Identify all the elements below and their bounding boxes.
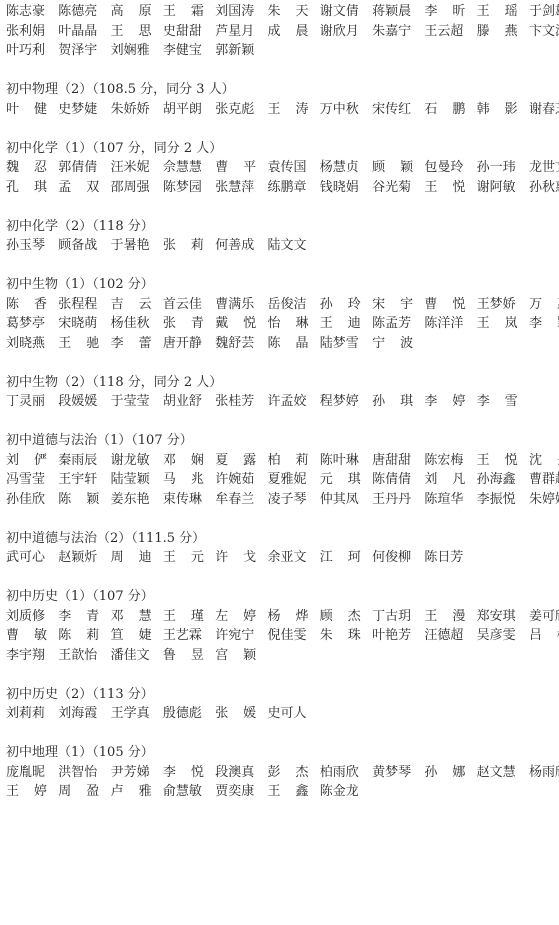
student-name: 杨雨欣 — [529, 763, 559, 783]
student-name: 洪智怡 — [58, 763, 110, 783]
name-char: 顾 — [320, 607, 333, 627]
student-name: 刘晓燕 — [6, 334, 58, 354]
name-char: 娴 — [191, 451, 204, 471]
student-name: 孙玲 — [320, 295, 361, 315]
name-char: 马 — [163, 470, 176, 490]
name-char: 王 — [111, 22, 124, 42]
name-char: 悦 — [452, 178, 465, 198]
name-char: 王 — [163, 548, 176, 568]
student-name: 李蕾 — [111, 334, 152, 354]
student-name: 王宇轩 — [58, 470, 110, 490]
student-name: 王思 — [111, 22, 152, 42]
student-name: 沈丹 — [529, 451, 559, 471]
name-char: 晨 — [295, 22, 308, 42]
section-heading: 初中化学（1）（107 分，同分 2 人） — [6, 139, 553, 159]
student-name: 孙佳欣 — [6, 490, 58, 510]
name-char: 天 — [295, 2, 308, 22]
student-name: 王丹丹 — [372, 490, 424, 510]
name-char: 鲁 — [163, 646, 176, 666]
name-char: 涛 — [295, 100, 308, 120]
name-char: 露 — [243, 451, 256, 471]
student-name: 王梦娇 — [477, 295, 529, 315]
student-name: 许孟姣 — [267, 392, 319, 412]
student-name: 夏露 — [215, 451, 256, 471]
award-section: 陈志豪陈德亮高原王霜刘国涛朱天谢文倩蒋颖晨李昕王瑶于剑雄张利娟叶晶晶王思史甜甜芦… — [6, 2, 553, 61]
student-name: 刘莉莉 — [6, 704, 58, 724]
name-char: 元 — [320, 470, 333, 490]
student-name: 于莹莹 — [111, 392, 163, 412]
student-name: 滕燕 — [477, 22, 518, 42]
name-list: 刘质修李青邓慧王瑾左婷杨烨顾杰丁古玥王漫郑安琪姜可欣曹敏陈莉笪婕王艺霖许宛宁倪佳… — [6, 607, 553, 666]
student-name: 鲁昱 — [163, 646, 204, 666]
student-name: 谢春芝 — [529, 100, 559, 120]
student-name: 秦雨辰 — [58, 451, 110, 471]
student-name: 曹平 — [215, 158, 256, 178]
student-name: 李悦 — [163, 763, 204, 783]
student-name: 王漫 — [424, 607, 465, 627]
student-name: 唐开静 — [163, 334, 215, 354]
name-char: 娜 — [452, 763, 465, 783]
name-char: 许 — [215, 548, 228, 568]
student-name: 余亚文 — [267, 548, 319, 568]
student-name: 江珂 — [320, 548, 361, 568]
student-name: 陈宏梅 — [424, 451, 476, 471]
name-char: 霜 — [191, 2, 204, 22]
name-char: 颖 — [400, 158, 413, 178]
student-name: 朱珠 — [320, 626, 361, 646]
name-list: 刘莉莉刘海霞王学真殷德彪张媛史可人 — [6, 704, 553, 724]
student-name: 王驰 — [58, 334, 99, 354]
name-char: 敏 — [34, 626, 47, 646]
student-name: 李宇翔 — [6, 646, 58, 666]
name-char: 王 — [58, 334, 71, 354]
student-name: 李振悦 — [477, 490, 529, 510]
student-name: 程梦婷 — [320, 392, 372, 412]
student-name: 赵颖炘 — [58, 548, 110, 568]
name-char: 慧 — [139, 607, 152, 627]
student-name: 牟春兰 — [215, 490, 267, 510]
student-name: 丁古玥 — [372, 607, 424, 627]
section-heading: 初中历史（1）（107 分） — [6, 587, 553, 607]
name-char: 王 — [424, 607, 437, 627]
award-section: 初中地理（1）（105 分）庞胤昵洪智怡尹芳娣李悦段澳真彭杰柏雨欣黄梦琴孙娜赵文… — [6, 743, 553, 802]
name-char: 杨 — [267, 607, 280, 627]
student-name: 李青 — [58, 607, 99, 627]
name-char: 戴 — [215, 314, 228, 334]
student-name: 刘娴雅 — [111, 41, 163, 61]
name-char: 陈 — [58, 626, 71, 646]
student-name: 孙玉琴 — [6, 236, 58, 256]
student-name: 首云佳 — [163, 295, 215, 315]
student-name: 武可心 — [6, 548, 58, 568]
student-name: 高原 — [111, 2, 152, 22]
student-name: 王婷 — [6, 782, 47, 802]
student-name: 何俊柳 — [372, 548, 424, 568]
student-name: 陈金龙 — [320, 782, 372, 802]
name-char: 昱 — [191, 646, 204, 666]
student-name: 朱娇娇 — [111, 100, 163, 120]
student-name: 赵文慧 — [477, 763, 529, 783]
student-name: 曹满乐 — [215, 295, 267, 315]
name-list: 魏忍郭倩倩汪米妮佘慧慧曹平袁传国杨慧贞顾颖包曼玲孙一玮龙世文孔琪孟双邵周强陈梦园… — [6, 158, 553, 197]
student-name: 许婉茹 — [215, 470, 267, 490]
name-char: 朱 — [320, 626, 333, 646]
student-name: 王元 — [163, 548, 204, 568]
student-name: 张媛 — [215, 704, 256, 724]
student-name: 王歆怡 — [58, 646, 110, 666]
section-heading: 初中地理（1）（105 分） — [6, 743, 553, 763]
student-name: 叶健 — [6, 100, 47, 120]
name-char: 凡 — [452, 470, 465, 490]
student-name: 朱婷婷 — [529, 490, 559, 510]
student-name: 陈瑄华 — [424, 490, 476, 510]
name-char: 王 — [163, 2, 176, 22]
name-char: 婷 — [452, 392, 465, 412]
name-char: 波 — [400, 334, 413, 354]
student-name: 万惠 — [529, 295, 559, 315]
name-char: 双 — [86, 178, 99, 198]
student-name: 陆梦雪 — [320, 334, 372, 354]
award-section: 初中生物（1）（102 分）陈香张程程吉云首云佳曹满乐岳俊洁孙玲宋宇曹悦王梦娇万… — [6, 275, 553, 353]
name-char: 婷 — [243, 607, 256, 627]
student-name: 贾奕康 — [215, 782, 267, 802]
name-char: 影 — [505, 100, 518, 120]
student-name: 王涛 — [267, 100, 308, 120]
student-name: 邓娴 — [163, 451, 204, 471]
student-name: 殷德彪 — [163, 704, 215, 724]
name-char: 宁 — [372, 334, 385, 354]
name-char: 沈 — [529, 451, 542, 471]
student-name: 魏忍 — [6, 158, 47, 178]
student-name: 成晨 — [267, 22, 308, 42]
name-char: 魏 — [6, 158, 19, 178]
student-name: 孙秋惠 — [529, 178, 559, 198]
name-char: 漫 — [452, 607, 465, 627]
award-section: 初中生物（2）（118 分，同分 2 人）丁灵丽段媛媛于莹莹胡业舒张桂芳许孟姣程… — [6, 373, 553, 412]
student-name: 王悦 — [424, 178, 465, 198]
name-char: 悦 — [191, 763, 204, 783]
name-char: 左 — [215, 607, 228, 627]
award-section: 初中道德与法治（2）（111.5 分）武可心赵颖炘周迪王元许戈余亚文江珂何俊柳陈… — [6, 529, 553, 568]
name-char: 怡 — [267, 314, 280, 334]
student-name: 许宛宁 — [215, 626, 267, 646]
student-name: 庞胤昵 — [6, 763, 58, 783]
student-name: 王学真 — [111, 704, 163, 724]
student-name: 郭新颖 — [215, 41, 267, 61]
name-char: 王 — [477, 2, 490, 22]
student-name: 岳俊洁 — [267, 295, 319, 315]
student-name: 谢文倩 — [320, 2, 372, 22]
name-char: 健 — [34, 100, 47, 120]
name-char: 戈 — [243, 548, 256, 568]
student-name: 刘俨 — [6, 451, 47, 471]
name-char: 婕 — [139, 626, 152, 646]
student-name: 史梦婕 — [58, 100, 110, 120]
name-char: 曹 — [6, 626, 19, 646]
student-name: 王霜 — [163, 2, 204, 22]
name-char: 王 — [267, 100, 280, 120]
student-name: 李雪 — [477, 392, 518, 412]
name-char: 燕 — [505, 22, 518, 42]
student-name: 周盈 — [58, 782, 99, 802]
section-heading: 初中化学（2）（118 分） — [6, 217, 553, 237]
student-name: 孙琪 — [372, 392, 413, 412]
name-list: 陈香张程程吉云首云佳曹满乐岳俊洁孙玲宋宇曹悦王梦娇万惠葛梦亭宋晓萌杨佳秋张青戴悦… — [6, 295, 553, 354]
student-name: 宁波 — [372, 334, 413, 354]
student-name: 邓慧 — [111, 607, 152, 627]
name-char: 青 — [86, 607, 99, 627]
student-name: 杨佳秋 — [111, 314, 163, 334]
name-char: 瑶 — [505, 2, 518, 22]
student-name: 杨慧贞 — [320, 158, 372, 178]
name-list: 庞胤昵洪智怡尹芳娣李悦段澳真彭杰柏雨欣黄梦琴孙娜赵文慧杨雨欣王婷周盈卢雅俞慧敏贾… — [6, 763, 553, 802]
student-name: 束传琳 — [163, 490, 215, 510]
name-char: 曹 — [215, 158, 228, 178]
name-char: 岚 — [505, 314, 518, 334]
name-char: 李 — [424, 392, 437, 412]
student-name: 尹芳娣 — [111, 763, 163, 783]
name-char: 孔 — [6, 178, 19, 198]
section-heading: 初中历史（2）（113 分） — [6, 685, 553, 705]
student-name: 佘慧慧 — [163, 158, 215, 178]
student-name: 倪佳雯 — [267, 626, 319, 646]
name-char: 李 — [424, 2, 437, 22]
name-char: 邓 — [163, 451, 176, 471]
name-char: 瑾 — [191, 607, 204, 627]
student-name: 汪德超 — [424, 626, 476, 646]
name-char: 王 — [424, 178, 437, 198]
name-char: 刘 — [6, 451, 19, 471]
student-name: 练鹏章 — [267, 178, 319, 198]
name-list: 丁灵丽段媛媛于莹莹胡业舒张桂芳许孟姣程梦婷孙琪李婷李雪 — [6, 392, 553, 412]
student-name: 仲其凤 — [320, 490, 372, 510]
student-name: 元琪 — [320, 470, 361, 490]
name-char: 王 — [477, 451, 490, 471]
student-name: 顾备战 — [58, 236, 110, 256]
name-char: 王 — [320, 314, 333, 334]
student-name: 朱嘉宁 — [372, 22, 424, 42]
award-section: 初中道德与法治（1）（107 分）刘俨秦雨辰谢龙敏邓娴夏露柏莉陈叶琳唐甜甜陈宏梅… — [6, 431, 553, 509]
student-name: 龙世文 — [529, 158, 559, 178]
student-name: 戴悦 — [215, 314, 256, 334]
student-name: 潘佳文 — [111, 646, 163, 666]
name-char: 宫 — [215, 646, 228, 666]
student-name: 陈莉 — [58, 626, 99, 646]
name-char: 昕 — [452, 2, 465, 22]
student-name: 卞文涛 — [529, 22, 559, 42]
name-char: 李 — [111, 334, 124, 354]
student-name: 谷光菊 — [372, 178, 424, 198]
name-char: 青 — [191, 314, 204, 334]
name-char: 琪 — [348, 470, 361, 490]
student-name: 周迪 — [111, 548, 152, 568]
name-char: 滕 — [477, 22, 490, 42]
name-list: 叶健史梦婕朱娇娇胡平朗张克彪王涛万中秋宋传红石鹏韩影谢春芝 — [6, 100, 553, 120]
name-char: 孙 — [424, 763, 437, 783]
name-char: 张 — [215, 704, 228, 724]
name-char: 孙 — [372, 392, 385, 412]
student-name: 唐甜甜 — [372, 451, 424, 471]
student-name: 叶艳芳 — [372, 626, 424, 646]
award-section: 初中历史（1）（107 分）刘质修李青邓慧王瑾左婷杨烨顾杰丁古玥王漫郑安琪姜可欣… — [6, 587, 553, 665]
student-name: 李健宝 — [163, 41, 215, 61]
name-char: 彭 — [267, 763, 280, 783]
student-name: 宋传红 — [372, 100, 424, 120]
name-list: 孙玉琴顾备战于暑艳张莉何善成陆文文 — [6, 236, 553, 256]
award-section: 初中物理（2）（108.5 分，同分 3 人）叶健史梦婕朱娇娇胡平朗张克彪王涛万… — [6, 80, 553, 119]
name-char: 石 — [424, 100, 437, 120]
award-section: 初中历史（2）（113 分）刘莉莉刘海霞王学真殷德彪张媛史可人 — [6, 685, 553, 724]
name-char: 莉 — [191, 236, 204, 256]
name-char: 悦 — [452, 295, 465, 315]
student-name: 王瑾 — [163, 607, 204, 627]
student-name: 蒋颖晨 — [372, 2, 424, 22]
student-name: 夏雅妮 — [267, 470, 319, 490]
student-name: 魏舒芸 — [215, 334, 267, 354]
student-name: 段媛媛 — [58, 392, 110, 412]
name-char: 媛 — [243, 704, 256, 724]
name-char: 宋 — [372, 295, 385, 315]
student-name: 胡平朗 — [163, 100, 215, 120]
student-name: 陈叶琳 — [320, 451, 372, 471]
name-list: 陈志豪陈德亮高原王霜刘国涛朱天谢文倩蒋颖晨李昕王瑶于剑雄张利娟叶晶晶王思史甜甜芦… — [6, 2, 553, 61]
student-name: 朱天 — [267, 2, 308, 22]
student-name: 左婷 — [215, 607, 256, 627]
student-name: 何善成 — [215, 236, 267, 256]
student-name: 谢欣月 — [320, 22, 372, 42]
name-char: 琪 — [400, 392, 413, 412]
name-char: 雪 — [505, 392, 518, 412]
student-name: 陈孟芳 — [372, 314, 424, 334]
student-name: 刘质修 — [6, 607, 58, 627]
student-name: 怡琳 — [267, 314, 308, 334]
name-char: 鹏 — [452, 100, 465, 120]
name-char: 琪 — [34, 178, 47, 198]
student-name: 陈晶 — [267, 334, 308, 354]
student-name: 陈倩倩 — [372, 470, 424, 490]
student-name: 芦星月 — [215, 22, 267, 42]
student-name: 彭杰 — [267, 763, 308, 783]
document-page: 陈志豪陈德亮高原王霜刘国涛朱天谢文倩蒋颖晨李昕王瑶于剑雄张利娟叶晶晶王思史甜甜芦… — [0, 0, 559, 802]
student-name: 刘海霞 — [58, 704, 110, 724]
student-name: 冯雪莹 — [6, 470, 58, 490]
name-char: 云 — [139, 295, 152, 315]
student-name: 吕彬 — [529, 626, 559, 646]
name-char: 李 — [477, 392, 490, 412]
name-char: 俨 — [34, 451, 47, 471]
name-char: 莉 — [86, 626, 99, 646]
student-name: 张克彪 — [215, 100, 267, 120]
student-name: 黄梦琴 — [372, 763, 424, 783]
name-char: 李 — [529, 314, 542, 334]
student-name: 陈梦园 — [163, 178, 215, 198]
student-name: 孔琪 — [6, 178, 47, 198]
name-char: 雅 — [139, 782, 152, 802]
student-name: 邵周强 — [111, 178, 163, 198]
student-name: 李婷 — [424, 392, 465, 412]
student-name: 郑安琪 — [477, 607, 529, 627]
student-name: 胡业舒 — [163, 392, 215, 412]
name-char: 颖 — [86, 490, 99, 510]
name-char: 成 — [267, 22, 280, 42]
name-char: 曹 — [424, 295, 437, 315]
student-name: 贺泽宇 — [58, 41, 110, 61]
name-char: 卢 — [111, 782, 124, 802]
student-name: 顾杰 — [320, 607, 361, 627]
student-name: 曹敏 — [6, 626, 47, 646]
name-char: 张 — [163, 236, 176, 256]
student-name: 李颖 — [529, 314, 559, 334]
name-char: 吉 — [111, 295, 124, 315]
section-heading: 初中道德与法治（2）（111.5 分） — [6, 529, 553, 549]
student-name: 陆文文 — [267, 236, 319, 256]
student-name: 陈洋洋 — [424, 314, 476, 334]
student-name: 孙一玮 — [477, 158, 529, 178]
name-char: 韩 — [477, 100, 490, 120]
name-char: 迪 — [348, 314, 361, 334]
student-name: 许戈 — [215, 548, 256, 568]
student-name: 史可人 — [267, 704, 319, 724]
name-char: 烨 — [295, 607, 308, 627]
name-char: 周 — [111, 548, 124, 568]
student-name: 姜东艳 — [111, 490, 163, 510]
award-section: 初中化学（1）（107 分，同分 2 人）魏忍郭倩倩汪米妮佘慧慧曹平袁传国杨慧贞… — [6, 139, 553, 198]
student-name: 凌子琴 — [267, 490, 319, 510]
name-char: 莉 — [295, 451, 308, 471]
student-name: 陈日芳 — [424, 548, 476, 568]
name-char: 香 — [34, 295, 47, 315]
award-section: 初中化学（2）（118 分）孙玉琴顾备战于暑艳张莉何善成陆文文 — [6, 217, 553, 256]
student-name: 陆莹颖 — [111, 470, 163, 490]
name-char: 盈 — [86, 782, 99, 802]
student-name: 万中秋 — [320, 100, 372, 120]
name-char: 孙 — [320, 295, 333, 315]
student-name: 孟双 — [58, 178, 99, 198]
student-name: 王瑶 — [477, 2, 518, 22]
name-char: 平 — [243, 158, 256, 178]
name-char: 珠 — [348, 626, 361, 646]
name-char: 张 — [163, 314, 176, 334]
student-name: 李昕 — [424, 2, 465, 22]
name-char: 刘 — [424, 470, 437, 490]
name-char: 鑫 — [295, 782, 308, 802]
student-name: 王云超 — [424, 22, 476, 42]
name-char: 珂 — [348, 548, 361, 568]
name-char: 高 — [111, 2, 124, 22]
name-list: 刘俨秦雨辰谢龙敏邓娴夏露柏莉陈叶琳唐甜甜陈宏梅王悦沈丹冯雪莹王宇轩陆莹颖马兆许婉… — [6, 451, 553, 510]
student-name: 卢雅 — [111, 782, 152, 802]
name-char: 笪 — [111, 626, 124, 646]
student-name: 韩影 — [477, 100, 518, 120]
student-name: 姜可欣 — [529, 607, 559, 627]
section-heading: 初中生物（2）（118 分，同分 2 人） — [6, 373, 553, 393]
name-char: 杰 — [348, 607, 361, 627]
student-name: 葛梦亭 — [6, 314, 58, 334]
name-char: 柏 — [267, 451, 280, 471]
student-name: 孙海鑫 — [477, 470, 529, 490]
name-char: 万 — [529, 295, 542, 315]
student-name: 陈德亮 — [58, 2, 110, 22]
student-name: 张程程 — [58, 295, 110, 315]
name-char: 陈 — [6, 295, 19, 315]
student-name: 丁灵丽 — [6, 392, 58, 412]
name-char: 夏 — [215, 451, 228, 471]
student-name: 陈志豪 — [6, 2, 58, 22]
student-name: 王悦 — [477, 451, 518, 471]
student-name: 吴彦雯 — [477, 626, 529, 646]
student-name: 谢阿敏 — [477, 178, 529, 198]
student-name: 孙娜 — [424, 763, 465, 783]
